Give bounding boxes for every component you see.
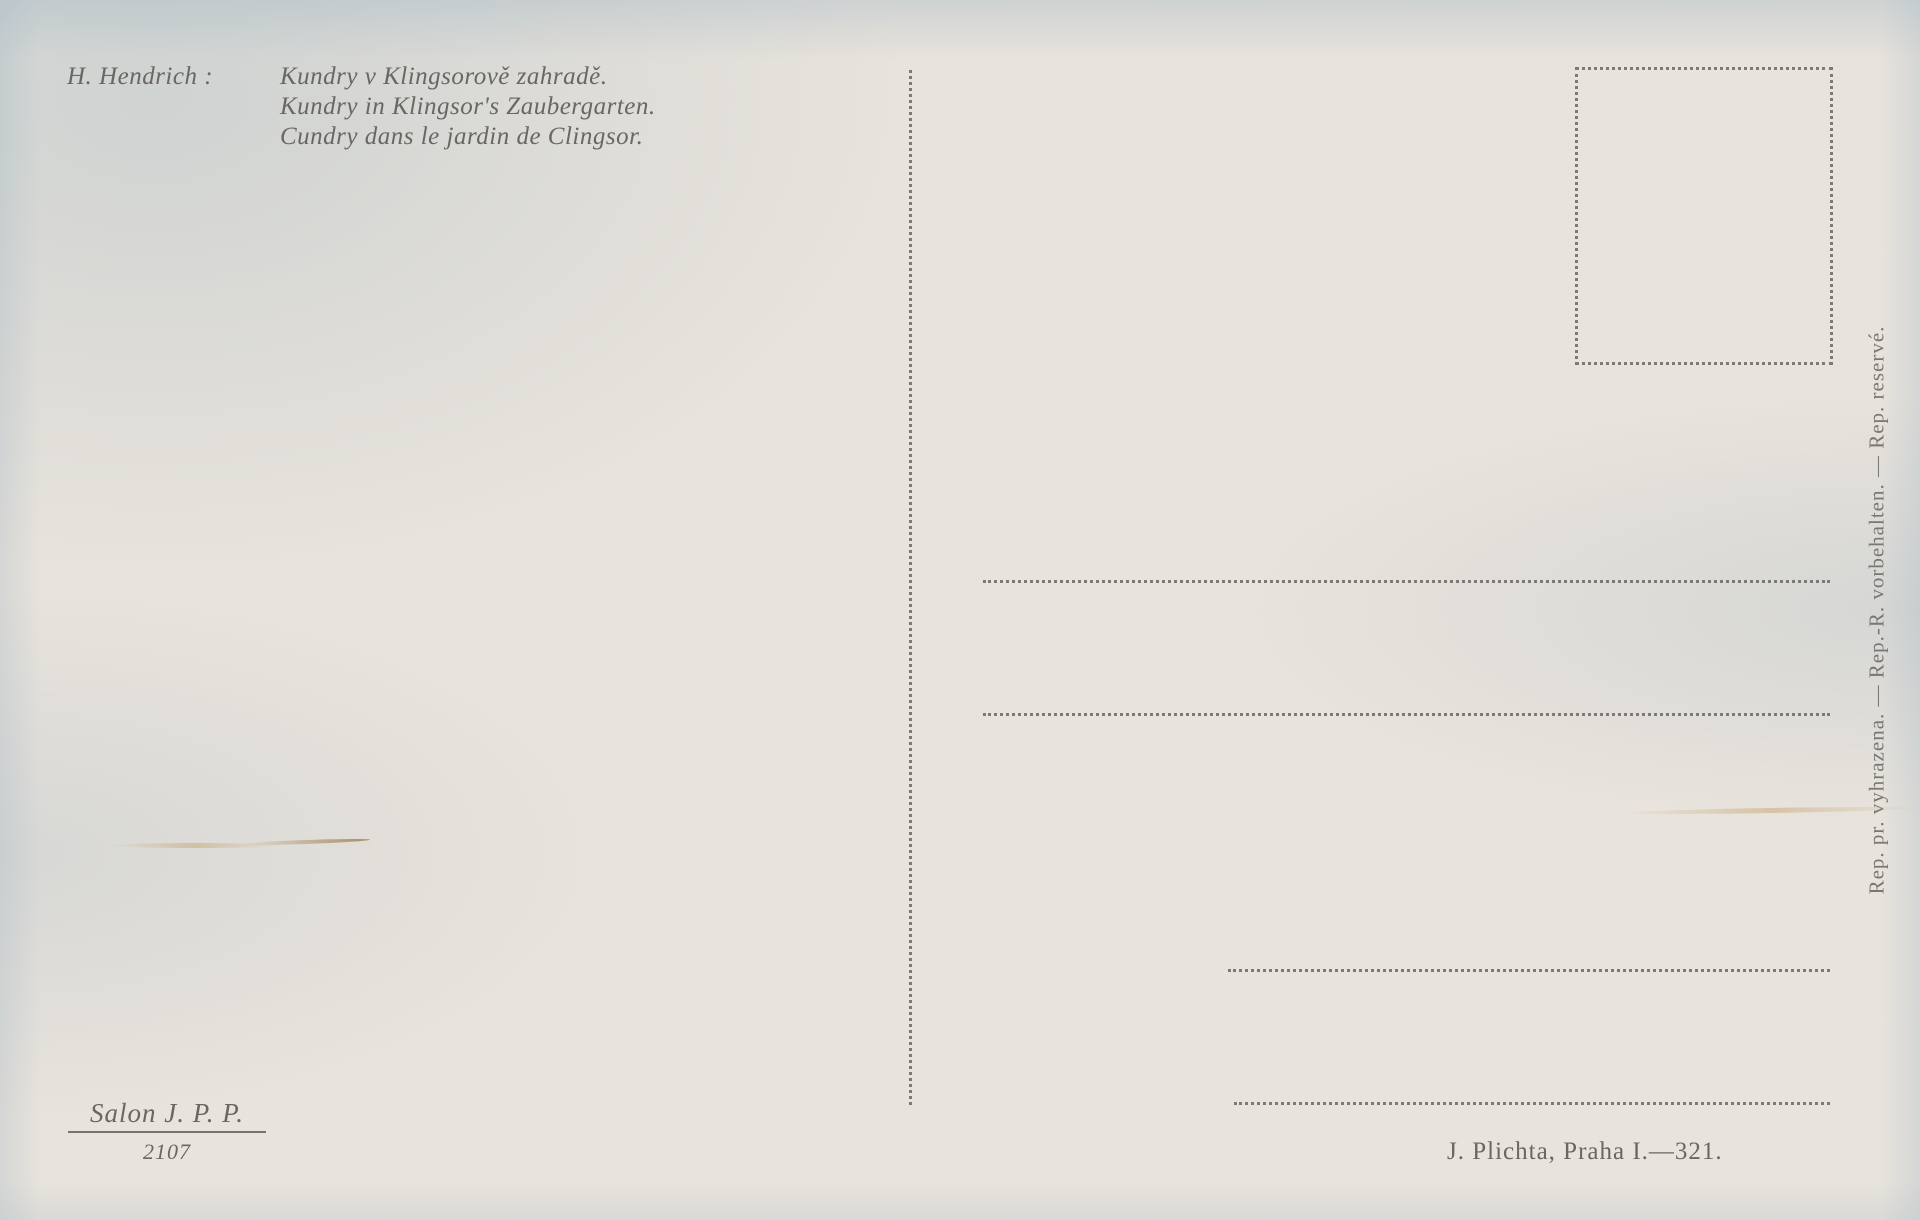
stain-mark	[110, 843, 280, 848]
title-french: Cundry dans le jardin de Clingsor.	[280, 122, 656, 152]
series-number: 2107	[68, 1139, 266, 1165]
stamp-box	[1575, 67, 1833, 365]
address-line-4	[1234, 1102, 1830, 1105]
publisher-series: Salon J. P. P. 2107	[68, 1098, 266, 1165]
address-line-1	[983, 580, 1830, 583]
printer-imprint: J. Plichta, Praha I.—321.	[1447, 1138, 1723, 1166]
artist-name: H. Hendrich :	[67, 62, 280, 152]
artwork-titles: Kundry v Klingsorově zahradě. Kundry in …	[280, 62, 656, 152]
address-line-3	[1228, 969, 1830, 972]
series-label: Salon J. P. P.	[68, 1098, 266, 1133]
address-line-2	[983, 713, 1830, 716]
title-czech: Kundry v Klingsorově zahradě.	[280, 62, 656, 92]
message-address-divider	[909, 70, 912, 1105]
postcard-back: H. Hendrich : Kundry v Klingsorově zahra…	[0, 0, 1920, 1220]
title-german: Kundry in Klingsor's Zaubergarten.	[280, 92, 656, 122]
caption: H. Hendrich : Kundry v Klingsorově zahra…	[67, 62, 656, 152]
